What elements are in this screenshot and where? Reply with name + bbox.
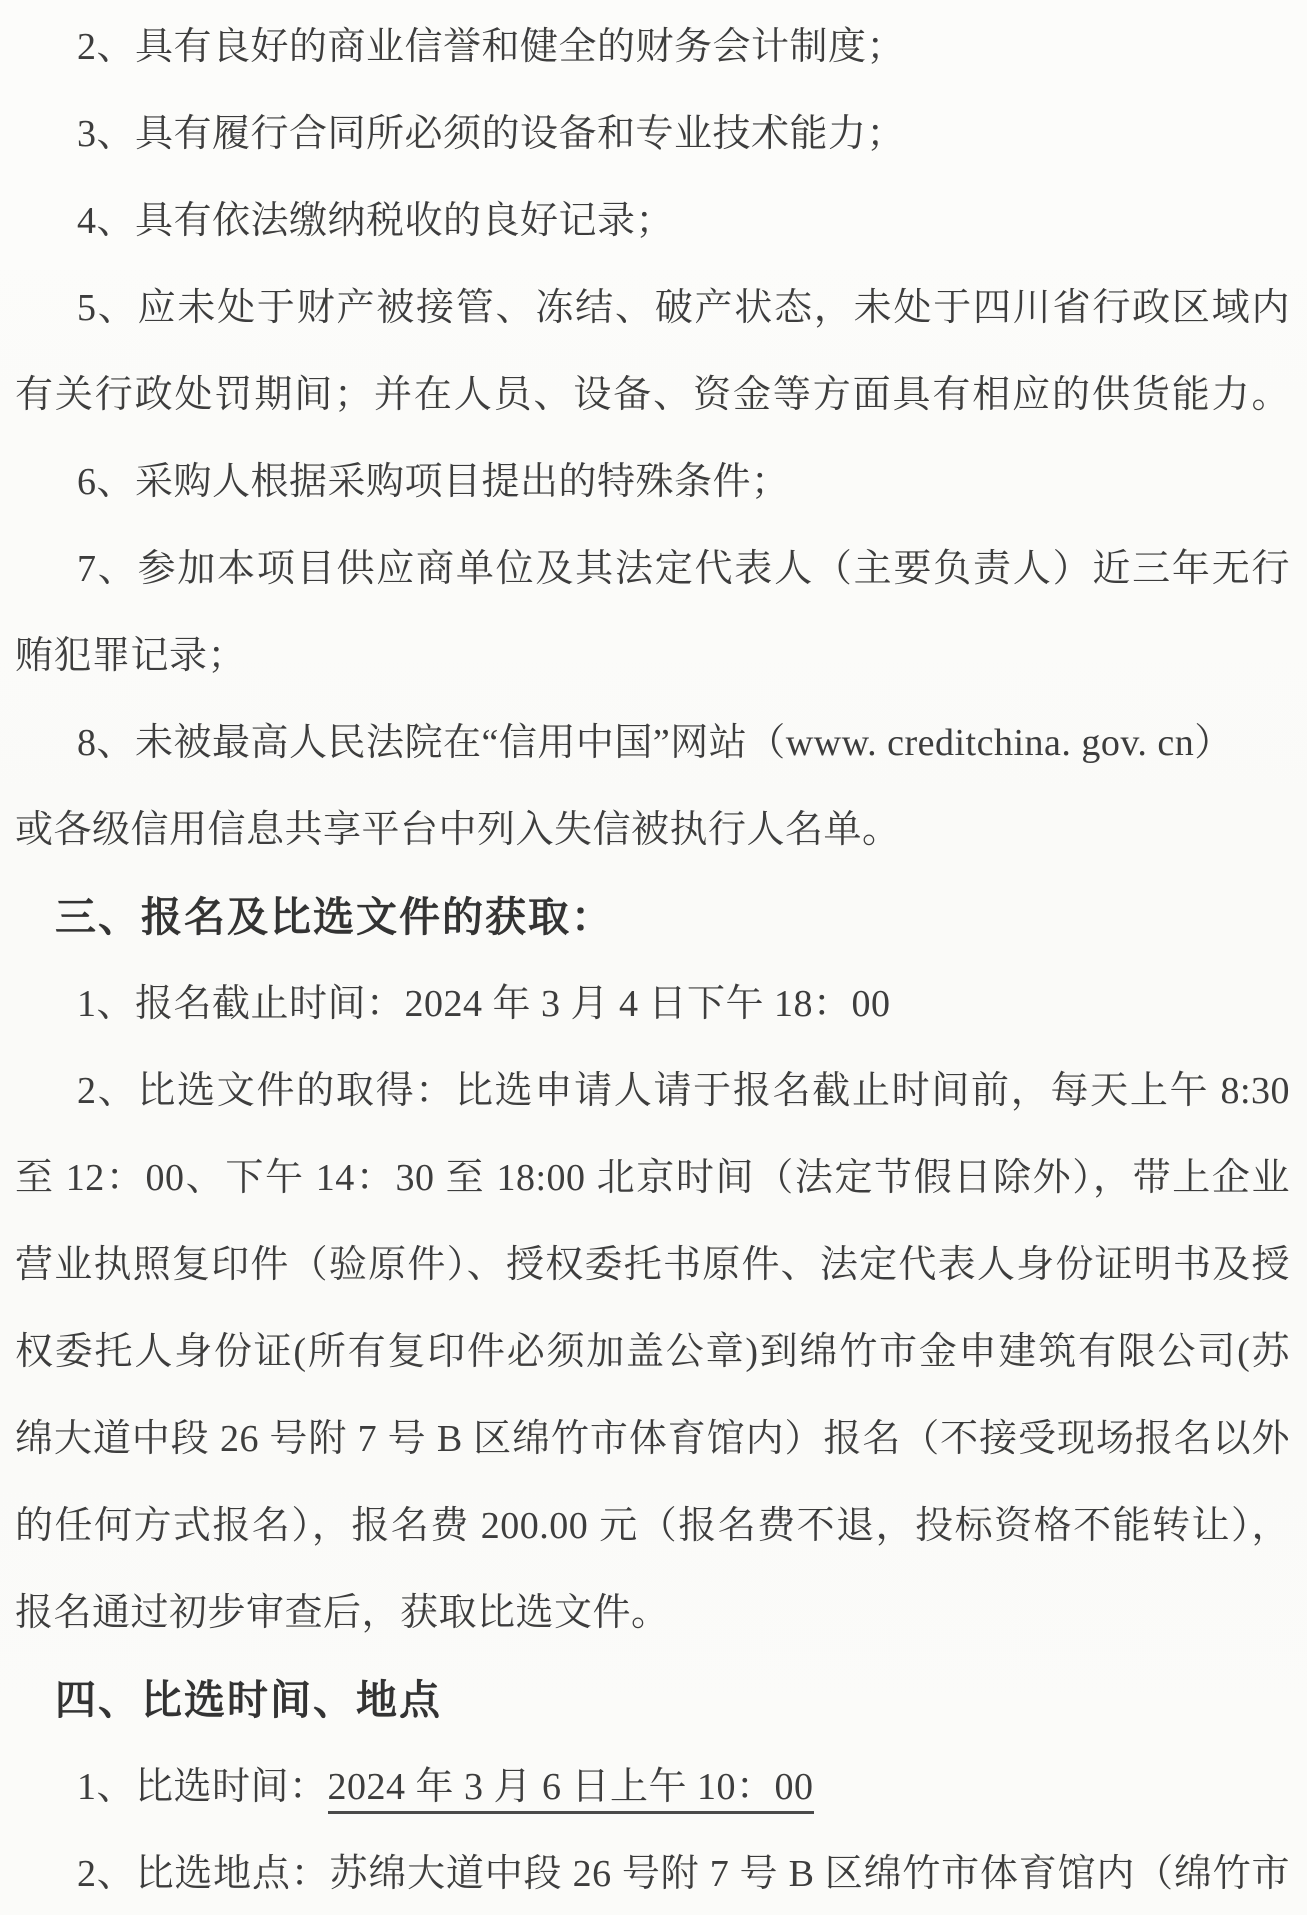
scanned-document-page: 2、具有良好的商业信誉和健全的财务会计制度； 3、具有履行合同所必须的设备和专业…: [0, 0, 1307, 1915]
eligibility-item-5-line-2: 有关行政处罚期间；并在人员、设备、资金等方面具有相应的供货能力。: [15, 352, 1290, 439]
section-4-time-item: 1、比选时间：2024 年 3 月 6 日上午 10：00: [15, 1744, 1290, 1831]
eligibility-item-5-line-1: 5、应未处于财产被接管、冻结、破产状态，未处于四川省行政区域内: [15, 265, 1290, 352]
section-4-place-item: 2、比选地点：苏绵大道中段 26 号附 7 号 B 区绵竹市体育馆内（绵竹市: [15, 1831, 1290, 1915]
eligibility-item-2: 2、具有良好的商业信誉和健全的财务会计制度；: [15, 4, 1290, 91]
section-3-item-2-line-2: 至 12：00、下午 14：30 至 18:00 北京时间（法定节假日除外），带…: [15, 1135, 1290, 1222]
comparison-time-label: 1、比选时间：: [77, 1766, 328, 1808]
section-3-item-2-line-3: 营业执照复印件（验原件）、授权委托书原件、法定代表人身份证明书及授: [15, 1222, 1290, 1309]
section-3-item-2-line-1: 2、比选文件的取得：比选申请人请于报名截止时间前，每天上午 8:30: [15, 1048, 1290, 1135]
comparison-time-value: 2024 年 3 月 6 日上午 10：00: [328, 1766, 814, 1814]
section-4-heading: 四、比选时间、地点: [15, 1657, 1290, 1744]
eligibility-item-6: 6、采购人根据采购项目提出的特殊条件；: [15, 439, 1290, 526]
eligibility-item-7-line-1: 7、参加本项目供应商单位及其法定代表人（主要负责人）近三年无行: [15, 526, 1290, 613]
section-3-item-2-line-6: 的任何方式报名），报名费 200.00 元（报名费不退，投标资格不能转让），: [15, 1483, 1290, 1570]
eligibility-item-4: 4、具有依法缴纳税收的良好记录；: [15, 178, 1290, 265]
section-3-item-2-line-5: 绵大道中段 26 号附 7 号 B 区绵竹市体育馆内）报名（不接受现场报名以外: [15, 1396, 1290, 1483]
eligibility-item-8-line-2: 或各级信用信息共享平台中列入失信被执行人名单。: [15, 787, 1290, 874]
eligibility-item-3: 3、具有履行合同所必须的设备和专业技术能力；: [15, 91, 1290, 178]
eligibility-item-8-line-1: 8、未被最高人民法院在“信用中国”网站（www. creditchina. go…: [15, 700, 1290, 787]
eligibility-item-7-line-2: 贿犯罪记录；: [15, 613, 1290, 700]
section-3-deadline-item: 1、报名截止时间：2024 年 3 月 4 日下午 18：00: [15, 961, 1290, 1048]
section-3-item-2-line-4: 权委托人身份证(所有复印件必须加盖公章)到绵竹市金申建筑有限公司(苏: [15, 1309, 1290, 1396]
section-3-heading: 三、报名及比选文件的获取：: [15, 874, 1290, 961]
section-3-item-2-line-7: 报名通过初步审查后，获取比选文件。: [15, 1570, 1290, 1657]
